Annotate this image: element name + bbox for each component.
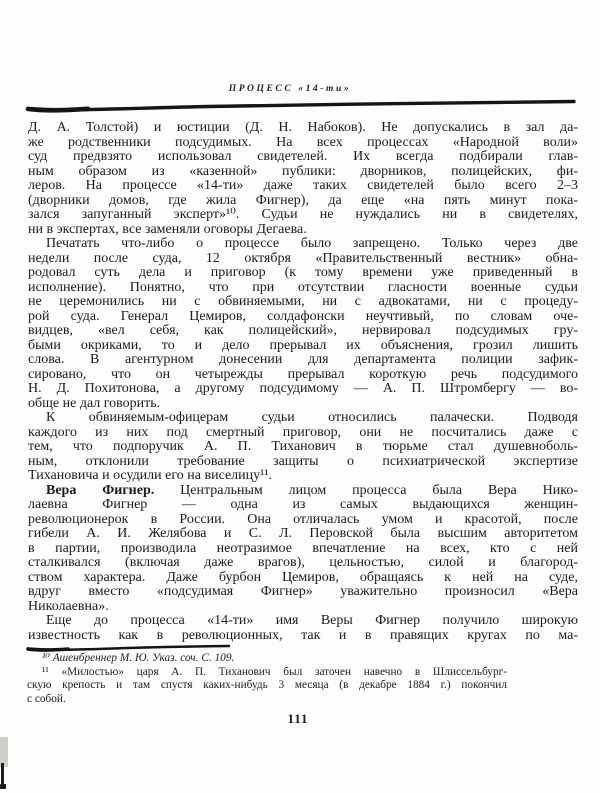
scan-speck-artifact bbox=[0, 784, 6, 789]
text-line-p4-5: в партии, производила неотразимое впечат… bbox=[28, 542, 578, 557]
footnote-line-1: ¹⁰ Ашенбреннер М. Ю. Указ. соч. С. 109. bbox=[27, 652, 507, 666]
text-line-p2-9: слова. В агентурном донесении для департ… bbox=[28, 353, 578, 368]
footnote-line-2: ¹¹ «Милостью» царя А. П. Тиханович был з… bbox=[27, 666, 507, 680]
text-line-p2-11: Н. Д. Похитонова, а другому подсудимому … bbox=[28, 382, 578, 397]
text-line-p3-4: ным, отклонили требование защиты о психи… bbox=[28, 455, 578, 470]
text-line-p2-6: рой суда. Генерал Цемиров, солдафонски н… bbox=[28, 310, 578, 325]
footnotes-block: ¹⁰ Ашенбреннер М. Ю. Указ. соч. С. 109.¹… bbox=[27, 652, 507, 706]
text-line-p1-8: ни в экспертах, все заменяли оговоры Дег… bbox=[28, 223, 578, 238]
text-line-p5-2: известность как в революционных, так и в… bbox=[28, 629, 578, 644]
header-rule-line bbox=[24, 96, 580, 114]
text-line-p1-1: Д. А. Толстой) и юстиции (Д. Н. Набоков)… bbox=[28, 121, 578, 136]
text-line-p1-7: зался запуганный эксперт»¹⁰. Судьи не ну… bbox=[28, 208, 578, 223]
text-line-p1-3: суд предвзято использовал свидетелей. Их… bbox=[28, 150, 578, 165]
text-line-p4-1: Вера Фигнер. Центральным лицом процесса … bbox=[28, 484, 578, 499]
text-line-p3-3: тем, что подпоручик А. П. Тиханович в тю… bbox=[28, 440, 578, 455]
text-line-p1-2: же родственники подсудимых. На всех проц… bbox=[28, 136, 578, 151]
text-line-p2-10: сировано, что он четырежды прерывал коро… bbox=[28, 368, 578, 383]
text-line-p2-7: видцев, «вел себя, как полицейский», нер… bbox=[28, 324, 578, 339]
text-line-p4-8: вдруг вместо «подсудимая Фигнер» уважите… bbox=[28, 585, 578, 600]
text-line-p3-5: Тихановича и осудили его на виселицу¹¹. bbox=[28, 469, 578, 484]
book-page: ПРОЦЕСС «14-ти» Д. А. Толстой) и юстиции… bbox=[0, 0, 600, 793]
text-line-p2-5: не церемонились ни с обвиняемыми, ни с а… bbox=[28, 295, 578, 310]
text-line-p2-8: быми окриками, то и дело прерывал их объ… bbox=[28, 339, 578, 354]
text-line-p2-4: исполнение). Понятно, что при отсутствии… bbox=[28, 281, 578, 296]
text-line-p2-12: обще не дал говорить. bbox=[28, 397, 578, 412]
text-line-p1-4: ным образом из «казенной» публики: дворн… bbox=[28, 165, 578, 180]
text-line-p1-5: леров. На процессе «14-ти» даже таких св… bbox=[28, 179, 578, 194]
running-head: ПРОЦЕСС «14-ти» bbox=[229, 84, 352, 94]
page-number: 111 bbox=[287, 711, 308, 727]
text-line-p1-6: (дворники домов, где жила Фигнер), да ещ… bbox=[28, 194, 578, 209]
text-line-p2-2: недели после суда, 12 октября «Правитель… bbox=[28, 252, 578, 267]
text-line-p3-2: каждого из них под смертный приговор, он… bbox=[28, 426, 578, 441]
text-line-p4-6: сталкивался (включая даже врагов), цельн… bbox=[28, 556, 578, 571]
text-line-p4-7: ством характера. Даже бурбон Цемиров, об… bbox=[28, 571, 578, 586]
text-line-p3-1: К обвиняемым-офицерам судьи относились п… bbox=[28, 411, 578, 426]
text-line-p5-1: Еще до процесса «14-ти» имя Веры Фигнер … bbox=[28, 614, 578, 629]
footnote-line-4: с собой. bbox=[27, 693, 507, 707]
footnote-line-3: скую крепость и там спустя каких-нибудь … bbox=[27, 679, 507, 693]
main-text-block: Д. А. Толстой) и юстиции (Д. Н. Набоков)… bbox=[28, 121, 578, 643]
text-line-p4-9: Николаевна». bbox=[28, 600, 578, 615]
text-line-p4-2: лаевна Фигнер — одна из самых выдающихся… bbox=[28, 498, 578, 513]
text-line-p2-1: Печатать что-либо о процессе было запрещ… bbox=[28, 237, 578, 252]
text-line-p2-3: родовал суть дела и приговор (к тому вре… bbox=[28, 266, 578, 281]
text-line-p4-4: гибели А. И. Желябова и С. Л. Перовской … bbox=[28, 527, 578, 542]
text-line-p4-3: революционерок в России. Она отличалась … bbox=[28, 513, 578, 528]
